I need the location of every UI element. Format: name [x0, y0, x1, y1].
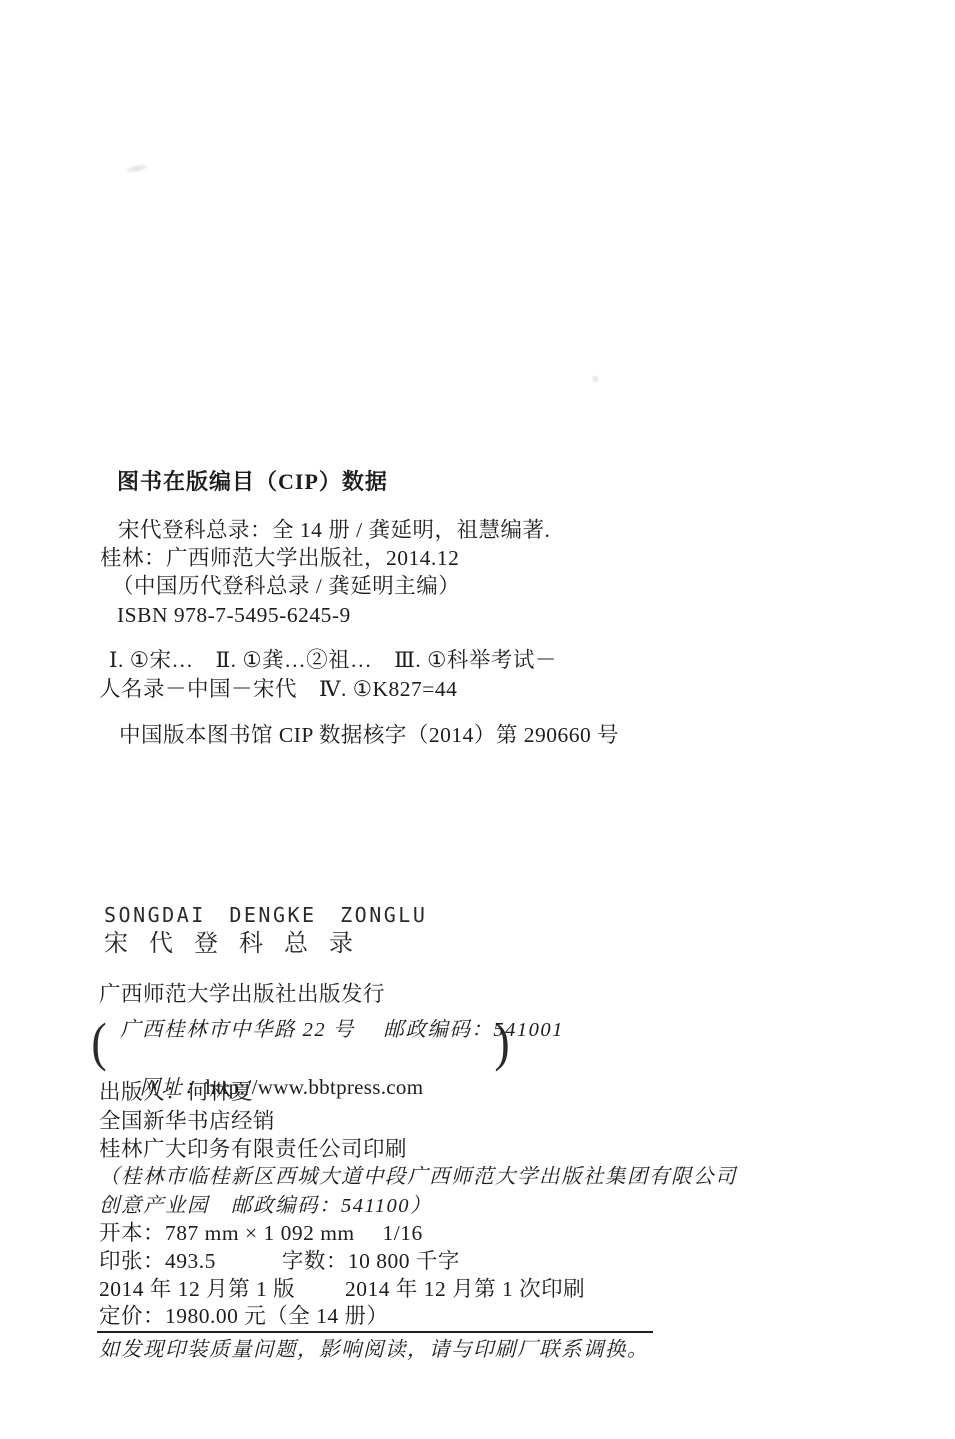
publisher-line: 广西师范大学出版社出版发行	[99, 981, 385, 1008]
cip-registration: 中国版本图书馆 CIP 数据核字（2014）第 290660 号	[119, 722, 619, 749]
printer-address-line2: 创意产业园 邮政编码：541100）	[99, 1194, 432, 1220]
footer-divider-rule	[97, 1331, 653, 1333]
sheets-wordcount-line: 印张：493.5 字数：10 800 千字	[99, 1248, 460, 1275]
address-paren-open: (	[91, 1013, 106, 1072]
format-line: 开本：787 mm × 1 092 mm 1/16	[99, 1220, 423, 1247]
book-copyright-page: 图书在版编目（CIP）数据 宋代登科总录：全 14 册 / 龚延明，祖慧编著. …	[0, 0, 955, 1439]
printer-line: 桂林广大印务有限责任公司印刷	[99, 1136, 407, 1163]
scan-smudge	[592, 375, 599, 383]
cip-classification-line2: 人名录－中国－宋代 Ⅳ. ①K827=44	[99, 676, 457, 703]
print-quality-notice: 如发现印装质量问题，影响阅读，请与印刷厂联系调换。	[99, 1338, 649, 1364]
scan-smudge	[126, 163, 149, 174]
price-line: 定价：1980.00 元（全 14 册）	[99, 1303, 389, 1330]
cip-series-note: （中国历代登科总录 / 龚延明主编）	[112, 573, 460, 600]
book-title-pinyin: SONGDAI DENGKE ZONGLU	[104, 903, 427, 928]
printer-address-line1: （桂林市临桂新区西城大道中段广西师范大学出版社集团有限公司	[99, 1165, 737, 1191]
cip-classification-line1: Ⅰ. ①宋… Ⅱ. ①龚…②祖… Ⅲ. ①科举考试－	[109, 647, 557, 674]
cip-isbn: ISBN 978-7-5495-6245-9	[117, 602, 351, 629]
cip-record-line2: 桂林：广西师范大学出版社，2014.12	[100, 545, 459, 572]
cip-heading: 图书在版编目（CIP）数据	[117, 468, 388, 496]
edition-printing-line: 2014 年 12 月第 1 版 2014 年 12 月第 1 次印刷	[99, 1276, 585, 1303]
publisher-person-line: 出版人：何林夏	[99, 1079, 253, 1106]
book-title-chinese: 宋代登科总录	[104, 929, 374, 959]
cip-record-line1: 宋代登科总录：全 14 册 / 龚延明，祖慧编著.	[118, 517, 550, 544]
publisher-address-line: 广西桂林市中华路 22 号 邮政编码：541001	[120, 1018, 564, 1044]
distribution-line: 全国新华书店经销	[99, 1108, 275, 1135]
